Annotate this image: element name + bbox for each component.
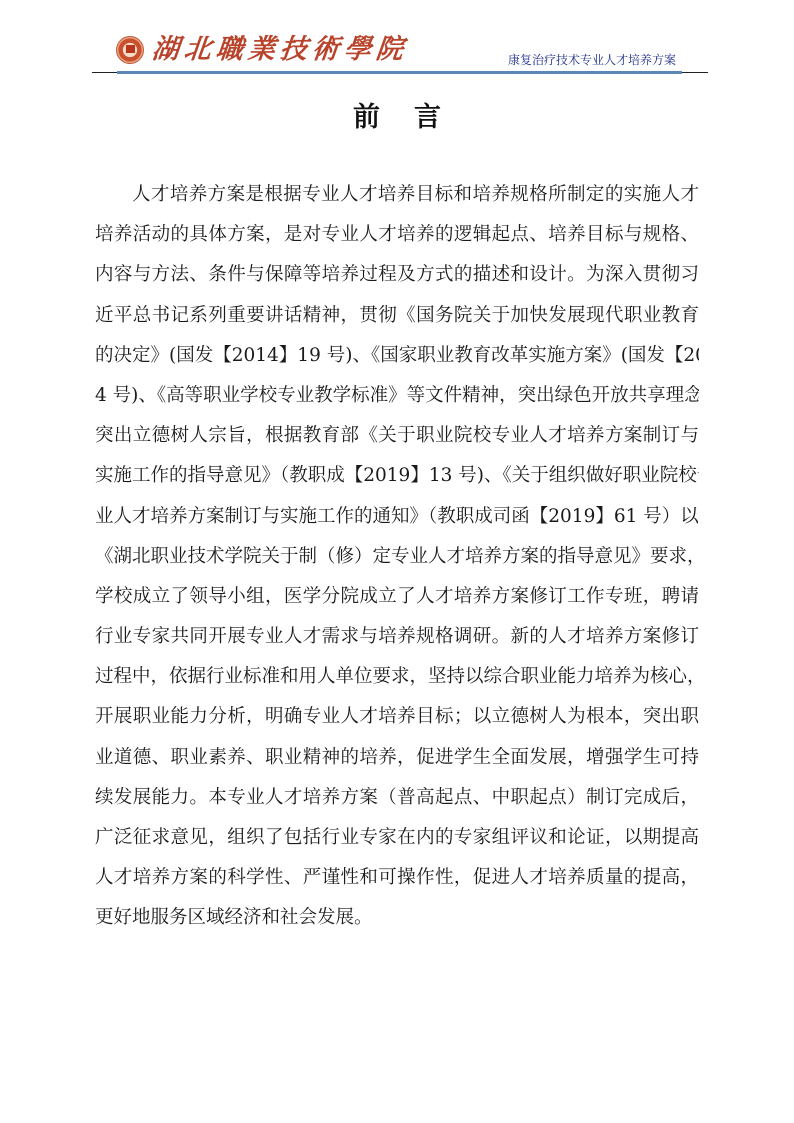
text-line: 4 号)、《高等职业学校专业教学标准》等文件精神，突出绿色开放共享理念， [95, 376, 699, 416]
program-name: 康复治疗技术专业人才培养方案 [508, 52, 676, 68]
header-accent-bar [117, 71, 682, 74]
text-line: 《湖北职业技术学院关于制（修）定专业人才培养方案的指导意见》要求， [95, 537, 699, 577]
college-emblem-icon [116, 36, 144, 64]
title-char-2: 言 [414, 102, 441, 133]
text-line: 实施工作的指导意见》（教职成【2019】13 号)、《关于组织做好职业院校专 [95, 456, 699, 496]
college-name: 湖北職業技術學院 [150, 34, 409, 66]
text-line: 人才培养方案是根据专业人才培养目标和培养规格所制定的实施人才 [95, 175, 699, 215]
text-line: 的决定》(国发【2014】19 号)、《国家职业教育改革实施方案》(国发【201… [95, 336, 699, 376]
title-char-1: 前 [353, 102, 380, 133]
text-line: 过程中，依据行业标准和用人单位要求，坚持以综合职业能力培养为核心， [95, 657, 699, 697]
text-line: 近平总书记系列重要讲话精神，贯彻《国务院关于加快发展现代职业教育 [95, 296, 699, 336]
text-line: 更好地服务区域经济和社会发展。 [95, 898, 699, 938]
preface-paragraph: 人才培养方案是根据专业人才培养目标和培养规格所制定的实施人才 培养活动的具体方案… [95, 175, 699, 939]
text-line: 续发展能力。本专业人才培养方案（普高起点、中职起点）制订完成后， [95, 778, 699, 818]
text-line: 人才培养方案的科学性、严谨性和可操作性，促进人才培养质量的提高， [95, 858, 699, 898]
text-line: 开展职业能力分析，明确专业人才培养目标；以立德树人为根本，突出职 [95, 697, 699, 737]
page-title: 前言 [0, 100, 794, 136]
text-line: 学校成立了领导小组，医学分院成立了人才培养方案修订工作专班，聘请 [95, 577, 699, 617]
text-line: 业道德、职业素养、职业精神的培养，促进学生全面发展，增强学生可持 [95, 738, 699, 778]
text-line: 培养活动的具体方案，是对专业人才培养的逻辑起点、培养目标与规格、 [95, 215, 699, 255]
text-line: 广泛征求意见，组织了包括行业专家在内的专家组评议和论证，以期提高 [95, 818, 699, 858]
page-header: 湖北職業技術學院 康复治疗技术专业人才培养方案 [92, 30, 708, 76]
text-line: 突出立德树人宗旨，根据教育部《关于职业院校专业人才培养方案制订与 [95, 416, 699, 456]
text-line: 内容与方法、条件与保障等培养过程及方式的描述和设计。为深入贯彻习 [95, 255, 699, 295]
text-line: 行业专家共同开展专业人才需求与培养规格调研。新的人才培养方案修订 [95, 617, 699, 657]
text-line: 业人才培养方案制订与实施工作的通知》（教职成司函【2019】61 号）以及 [95, 497, 699, 537]
